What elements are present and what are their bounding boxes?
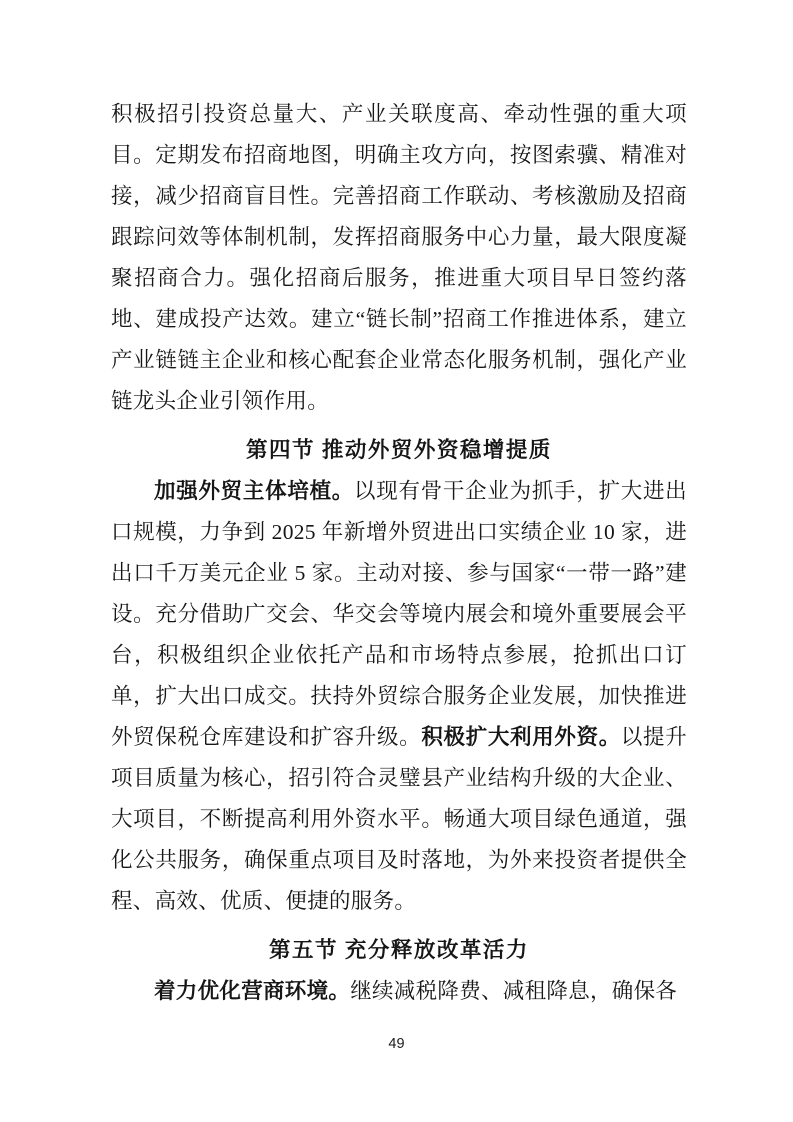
bold-lead-foreign-capital: 积极扩大利用外资。	[421, 725, 621, 749]
bold-lead-business-environment: 着力优化营商环境。	[154, 979, 350, 1003]
text-run-foreign-capital: 以提升项目质量为核心，招引符合灵璧县产业结构升级的大企业、大项目，不断提高利用外…	[111, 725, 687, 913]
section-heading-4: 第四节 推动外贸外资稳增提质	[111, 430, 687, 471]
section-heading-5: 第五节 充分释放改革活力	[111, 930, 687, 971]
paragraph-business-environment: 着力优化营商环境。继续减税降费、减租降息，确保各	[111, 971, 687, 1012]
page-number: 49	[0, 1036, 793, 1052]
text-run-foreign-trade: 以现有骨干企业为抓手，扩大进出口规模，力争到 2025 年新增外贸进出口实绩企业…	[111, 479, 687, 749]
paragraph-investment-attraction: 积极招引投资总量大、产业关联度高、牵动性强的重大项目。定期发布招商地图，明确主攻…	[111, 94, 687, 422]
document-page: 积极招引投资总量大、产业关联度高、牵动性强的重大项目。定期发布招商地图，明确主攻…	[0, 0, 793, 1122]
text-run-business-environment: 继续减税降费、减租降息，确保各	[350, 979, 677, 1003]
text-body: 积极招引投资总量大、产业关联度高、牵动性强的重大项目。定期发布招商地图，明确主攻…	[111, 94, 687, 1012]
paragraph-foreign-trade: 加强外贸主体培植。以现有骨干企业为抓手，扩大进出口规模，力争到 2025 年新增…	[111, 471, 687, 922]
bold-lead-foreign-trade-cultivation: 加强外贸主体培植。	[154, 479, 354, 503]
